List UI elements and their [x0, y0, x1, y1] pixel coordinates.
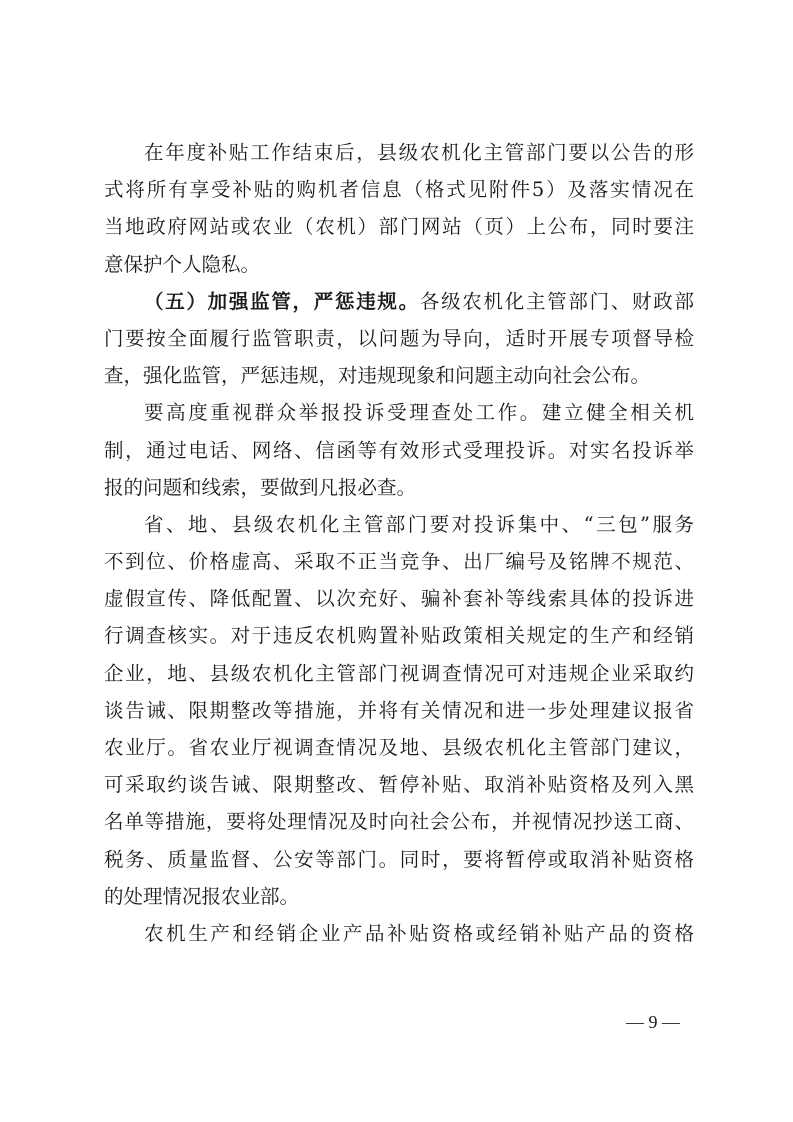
paragraph-investigation: 省、地、县级农机化主管部门要对投诉集中、“三包”服务 不到位、价格虚高、采取不正…: [104, 506, 694, 915]
text-line: 谈告诫、限期整改等措施，并将有关情况和进一步处理建议报省: [104, 692, 694, 729]
text-segment: 各级农机化主管部门、财政部: [420, 290, 694, 313]
text-line: 税务、质量监督、公安等部门。同时，要将暂停或取消补贴资格: [104, 841, 694, 878]
text-line: 的处理情况报农业部。: [104, 878, 694, 915]
paragraph-supervision: （五）加强监管，严惩违规。各级农机化主管部门、财政部 门要按全面履行监管职责，以…: [104, 283, 694, 395]
page-number: — 9 —: [626, 1012, 680, 1033]
text-line: 在年度补贴工作结束后，县级农机化主管部门要以公告的形: [104, 134, 694, 171]
text-line: 门要按全面履行监管职责，以问题为导向，适时开展专项督导检: [104, 320, 694, 357]
text-line: 企业，地、县级农机化主管部门视调查情况可对违规企业采取约: [104, 655, 694, 692]
text-line: 省、地、县级农机化主管部门要对投诉集中、“三包”服务: [104, 506, 694, 543]
paragraph-publication-notice: 在年度补贴工作结束后，县级农机化主管部门要以公告的形 式将所有享受补贴的购机者信…: [104, 134, 694, 283]
text-line: 农业厅。省农业厅视调查情况及地、县级农机化主管部门建议，: [104, 729, 694, 766]
section-heading: （五）加强监管，严惩违规。: [144, 290, 420, 313]
paragraph-complaints: 要高度重视群众举报投诉受理查处工作。建立健全相关机 制，通过电话、网络、信函等有…: [104, 394, 694, 506]
text-line: 报的问题和线索，要做到凡报必查。: [104, 469, 694, 506]
text-line: 可采取约谈告诫、限期整改、暂停补贴、取消补贴资格及列入黑: [104, 766, 694, 803]
text-line: 不到位、价格虚高、采取不正当竞争、出厂编号及铭牌不规范、: [104, 543, 694, 580]
text-line: 农机生产和经销企业产品补贴资格或经销补贴产品的资格: [104, 915, 694, 952]
text-line: 式将所有享受补贴的购机者信息（格式见附件5）及落实情况在: [104, 171, 694, 208]
text-line: 意保护个人隐私。: [104, 246, 694, 283]
text-line: 名单等措施，要将处理情况及时向社会公布，并视情况抄送工商、: [104, 803, 694, 840]
text-line: 当地政府网站或农业（农机）部门网站（页）上公布，同时要注: [104, 208, 694, 245]
document-body: 在年度补贴工作结束后，县级农机化主管部门要以公告的形 式将所有享受补贴的购机者信…: [104, 134, 694, 952]
text-line: （五）加强监管，严惩违规。各级农机化主管部门、财政部: [104, 283, 694, 320]
text-line: 查，强化监管，严惩违规，对违规现象和问题主动向社会公布。: [104, 357, 694, 394]
text-line: 行调查核实。对于违反农机购置补贴政策相关规定的生产和经销: [104, 617, 694, 654]
text-line: 制，通过电话、网络、信函等有效形式受理投诉。对实名投诉举: [104, 432, 694, 469]
text-line: 虚假宣传、降低配置、以次充好、骗补套补等线索具体的投诉进: [104, 580, 694, 617]
text-line: 要高度重视群众举报投诉受理查处工作。建立健全相关机: [104, 394, 694, 431]
paragraph-qualification: 农机生产和经销企业产品补贴资格或经销补贴产品的资格: [104, 915, 694, 952]
